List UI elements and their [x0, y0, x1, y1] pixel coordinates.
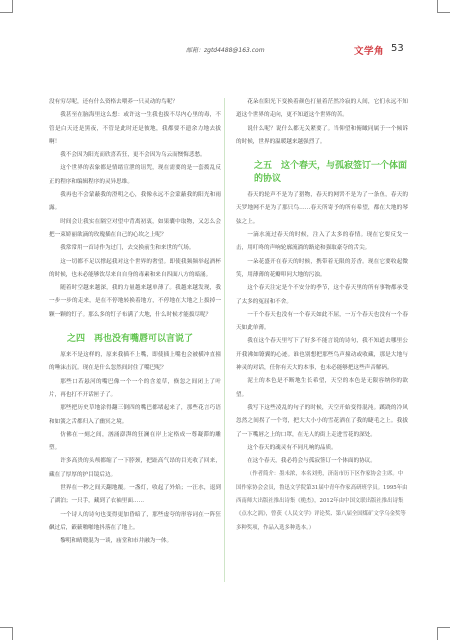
paragraph: 春天的轮声不是为了猎物，春天的网罟不是为了一条鱼，春天的天罗地网不是为了那只鸟……: [236, 189, 408, 229]
paragraph: 我不会因为阳光而欣喜若狂，更不会因为乌云而懊悔悲愁。: [49, 149, 221, 162]
paragraph: 泥土的本色是不断地生长希望，天空的本色是无限容纳你的欲望。: [236, 375, 408, 402]
paragraph: 我在这个春天里写下了好多不能言说的诗句，我不知道去哪里公开我沸如镣翼的心迹。谁也…: [236, 335, 408, 375]
page-number: 53: [391, 43, 404, 54]
paragraph: 时间会让我实在隔空对望中背离初衷，如果囊中取物，又怎么会把一束娇丽欲滴的玫瑰插在…: [49, 216, 221, 243]
section-name: 文学角: [354, 43, 384, 57]
paragraph: 世界在一秒之间天翻地覆。一盏灯，收起了外焰；一汪水，退到了湖泊；一只手，藏到了衣…: [49, 482, 221, 509]
paragraph: 那些把历史草地涂得翻三倒四的嘴巴都堵起来了，那些花言巧语和如簧之舌都归入了幽冥之…: [49, 402, 221, 429]
column-divider: [224, 98, 225, 582]
paragraph: 原来不是这样的，原来我插不上嘴，即使插上嘴也会被横冲直撞的唾沫击沉。现在是什么忽…: [49, 349, 221, 376]
author-bio: （作者简介：墨未浓，本名刘勇，济南市历下区作家协会主席。中国作家协会会员，鲁迅文…: [236, 468, 408, 534]
paragraph: 这个世界的表象都是情绪宣泄的诅咒，现在需要的是一套拨乱反正的程序和编辑程序的灵异…: [49, 162, 221, 189]
paragraph: 一滴水流过春天的时候，注入了太多的春情。现在它要反戈一击，用叮咚的声响轮廓流淌的…: [236, 229, 408, 256]
paragraph: 我再也不会蒙蔽我的澄明之心，我像永远不会蒙蔽我的阳光和雨露。: [49, 189, 221, 216]
paragraph: 一个诗人的诗句也变得更加昏暗了，那些虚夸的形容词在一阵狂飙过后，簌簌啪啪地抖落在…: [49, 509, 221, 536]
paragraph: 我写下这些凌乱的句子的时候，天空开始变得混沌。蹊跷的冷风忽然之间拐了一个弯，把大…: [236, 402, 408, 442]
paragraph: 黎明和晴晓混为一谈，庙堂和市井融为一体。: [49, 535, 221, 548]
crop-mark-top-left: [0, 0, 13, 13]
paragraph: 在这个春天，我必将会与孤寂签订一个体面的协议。: [236, 455, 408, 468]
paragraph: 这个春天注定是个不安分的季节，这个春天里的所有事物都承受了太多的冤屈和不舍。: [236, 282, 408, 309]
crop-mark-top-right: [437, 0, 450, 13]
paragraph: 说什么呢？说什么都无关紧要了。当仰望和俯瞰同属于一个倾诉的时候，世界的温暖越来越…: [236, 123, 408, 150]
section-heading-4: 之四 再也没有嘴唇可以言说了: [49, 333, 221, 346]
paragraph: 我甚至在脑海里这么想：或许这一生我也拔不尽内心里的毒，不管是白天还是黑夜，不管是…: [49, 109, 221, 149]
contact-email: 邮箱：zgtd4488@163.com: [186, 45, 265, 54]
paragraph: 许多高贵的头颅都缩了一下脖颈，把趾高气昂的目光收了回来，藏在了厚厚的护目镜后边。: [49, 455, 221, 482]
paragraph: 仿佛在一刻之间，汹涌澎湃的狂澜在岸上定格成一尊凝滞的雕塑。: [49, 429, 221, 456]
right-column: 花朵在阳光下变换着颜色打量着茫然冷寂的人间，它们永远不知道这个世界的走向，更不知…: [236, 96, 408, 535]
paragraph: 随着时空越来越深，我的力量越来越单薄了。我越来越发现，我一步一步的走来，是在不停…: [49, 282, 221, 322]
paragraph: 这一切都不足以撑起我对这个世界的奢望。即使我频频举起酒杯的时候，也未必能够饮尽来…: [49, 256, 221, 283]
paragraph: 没有穷尽呢，还有什么资格去喂养一只灵动的鸟呢？: [49, 96, 221, 109]
paragraph: 我常常用一首诗作为过门，去交换前生和来世的气场。: [49, 242, 221, 255]
crop-mark-bottom-left: [0, 627, 13, 640]
paragraph: 一朵花盛开在春天的时候，携带着无限的芳香。现在它要收起微笑，用薄薄的花瓣叩问大地…: [236, 256, 408, 283]
section-heading-5: 之五 这个春天，与孤寂签订一个体面的协议: [236, 160, 408, 186]
paragraph: 一千个春天也没有一个春天如此不屈，一万个春天也没有一个春天如此单薄。: [236, 309, 408, 336]
page-header: 邮箱：zgtd4488@163.com 文学角 53: [0, 44, 450, 60]
left-column: 没有穷尽呢，还有什么资格去喂养一只灵动的鸟呢？ 我甚至在脑海里这么想：或许这一生…: [49, 96, 221, 549]
paragraph: 这个春天的魂灵有不同凡响的品质。: [236, 442, 408, 455]
paragraph: 花朵在阳光下变换着颜色打量着茫然冷寂的人间，它们永远不知道这个世界的走向，更不知…: [236, 96, 408, 123]
paragraph: 那些口若悬河的嘴巴像一个一个的含羞草，倏忽之间闭上了叶片，再也打不开话匣子了。: [49, 376, 221, 403]
crop-mark-bottom-right: [437, 627, 450, 640]
